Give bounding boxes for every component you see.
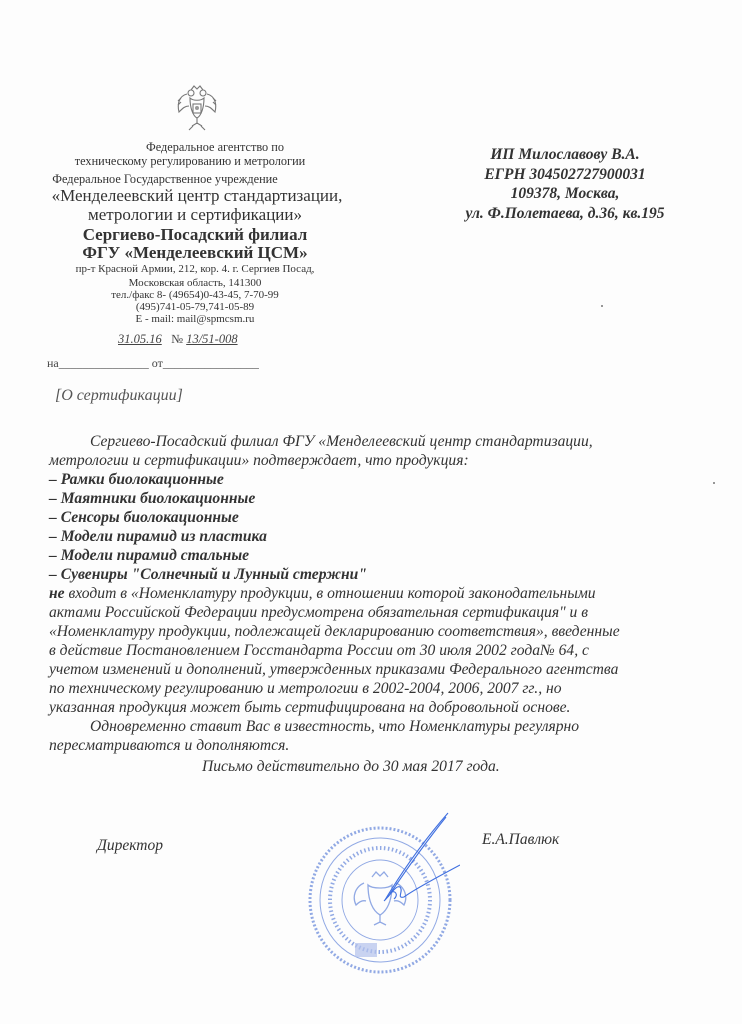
addressee-line-3: 109378, Москва,	[430, 185, 700, 203]
branch-name-2: ФГУ «Менделеевский ЦСМ»	[40, 243, 350, 263]
product-item: – Сувениры "Солнечный и Лунный стержни"	[49, 565, 367, 584]
ref-na-blank: _______________	[59, 356, 149, 370]
paragraph-1-line-7: указанная продукция может быть сертифици…	[49, 698, 570, 717]
validity-line: Письмо действительно до 30 мая 2017 года…	[202, 757, 500, 776]
subject-line: [О сертификации]	[55, 387, 183, 405]
scan-speck	[713, 482, 715, 484]
paragraph-1-line-2: актами Российской Федерации предусмотрен…	[49, 603, 588, 622]
address-line-1: пр-т Красной Армии, 212, кор. 4. г. Серг…	[40, 263, 350, 275]
ref-ot-blank: ________________	[163, 356, 259, 370]
coat-of-arms-icon	[175, 84, 219, 134]
addressee-line-4: ул. Ф.Полетаева, д.36, кв.195	[430, 205, 700, 223]
registration-line: 31.05.16 № 13/51-008	[118, 332, 238, 347]
phone-line-1: тел./факс 8- (49654)0-43-45, 7-70-99	[40, 289, 350, 301]
agency-line-2: техническому регулированию и метрологии	[35, 154, 345, 169]
letter-number: 13/51-008	[186, 332, 237, 346]
signatory-name: Е.А.Павлюк	[482, 831, 559, 849]
paragraph-1-line-5: учетом изменений и дополнений, утвержден…	[49, 660, 618, 679]
official-seal-icon	[300, 805, 460, 980]
institution-name-2: метрологии и сертификации»	[40, 205, 350, 225]
number-label: №	[171, 332, 183, 346]
reference-line: на_______________ от________________	[47, 356, 259, 371]
branch-name-1: Сергиево-Посадский филиал	[40, 225, 350, 245]
ref-ot-label: от	[152, 356, 163, 370]
product-item: – Маятники биолокационные	[49, 489, 255, 508]
paragraph-1-line-1: не входит в «Номенклатуру продукции, в о…	[49, 584, 596, 603]
intro-line-1: Сергиево-Посадский филиал ФГУ «Менделеев…	[90, 432, 593, 451]
addressee-line-1: ИП Милославову В.А.	[430, 146, 700, 164]
letter-page: Федеральное агентство по техническому ре…	[0, 0, 742, 1024]
phone-line-2: (495)741-05-79,741-05-89	[40, 301, 350, 313]
ne-emphasis: не	[49, 585, 65, 602]
signatory-title: Директор	[97, 837, 163, 855]
paragraph-1-line-3: «Номенклатуру продукции, подлежащей декл…	[49, 622, 620, 641]
product-item: – Модели пирамид из пластика	[49, 527, 267, 546]
institution-type: Федеральное Государственное учреждение	[10, 172, 320, 187]
product-item: – Рамки биолокационные	[49, 470, 224, 489]
paragraph-1-line-4: в действие Постановлением Госстандарта Р…	[49, 641, 589, 660]
product-item: – Сенсоры биолокационные	[49, 508, 239, 527]
letter-date: 31.05.16	[118, 332, 162, 346]
paragraph-1-line-6: по техническому регулированию и метролог…	[49, 679, 562, 698]
agency-line-1: Федеральное агентство по	[60, 140, 370, 155]
institution-name-1: «Менделеевский центр стандартизации,	[42, 186, 352, 206]
intro-line-2: метрологии и сертификации» подтверждает,…	[49, 451, 469, 470]
email-line: E - mail: mail@spmcsm.ru	[40, 313, 350, 325]
paragraph-2-line-2: пересматриваются и дополняются.	[49, 736, 289, 755]
ref-na-label: на	[47, 356, 59, 370]
addressee-line-2: ЕГРН 304502727900031	[430, 166, 700, 184]
scan-speck	[601, 305, 603, 307]
product-item: – Модели пирамид стальные	[49, 546, 249, 565]
p1-l1-text: входит в «Номенклатуру продукции, в отно…	[65, 585, 596, 602]
address-line-2: Московская область, 141300	[40, 277, 350, 289]
paragraph-2-line-1: Одновременно ставит Вас в известность, ч…	[90, 717, 579, 736]
